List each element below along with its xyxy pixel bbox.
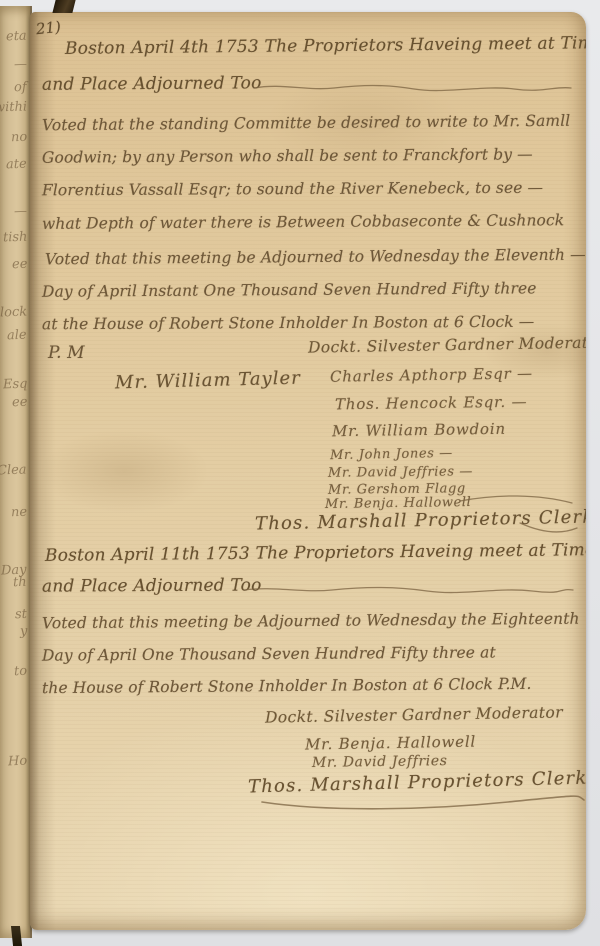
gutter-fragment: withi xyxy=(0,100,27,114)
gutter-fragment: ale xyxy=(7,329,27,343)
entry2-vote-line3: the House of Robert Stone Inholder In Bo… xyxy=(42,677,532,697)
entry2-heading-line2: and Place Adjourned Too xyxy=(42,577,262,595)
manuscript-page: 21) Boston April 4th 1753 The Proprietor… xyxy=(30,12,586,930)
entry1-heading-line2: and Place Adjourned Too xyxy=(42,75,262,94)
flourish-clerk-underline xyxy=(258,794,586,814)
entry1-vote1-line3: Florentius Vassall Esqr; to sound the Ri… xyxy=(42,181,543,199)
gutter-fragment: th xyxy=(13,576,27,589)
gutter-fragment: lock xyxy=(0,306,27,320)
entry2-moderator-signature: Dockt. Silvester Gardner Moderator xyxy=(265,705,563,726)
gutter-fragment: no xyxy=(11,131,28,145)
entry1-vote2-line1: Voted that this meeting be Adjourned to … xyxy=(45,248,586,268)
entry1-vote1-line1: Voted that the standing Committe be desi… xyxy=(42,114,570,134)
entry1-vote2-line3: at the House of Robert Stone Inholder In… xyxy=(42,315,534,333)
entry1-vote2-line2: Day of April Instant One Thousand Seven … xyxy=(42,281,537,300)
manuscript-scan: eta — of withi no ate — tish ee lock ale… xyxy=(0,0,600,946)
gutter-fragment: to xyxy=(14,665,28,678)
page-number: 21) xyxy=(35,20,61,38)
entry1-attendee: Thos. Hencock Esqr. — xyxy=(335,395,528,413)
entry2-attendee: Mr. David Jeffries xyxy=(312,754,448,770)
facing-page-edge: eta — of withi no ate — tish ee lock ale… xyxy=(0,6,32,938)
gutter-fragment: — xyxy=(14,205,27,218)
gutter-fragment: Esq xyxy=(2,378,27,392)
entry2-attendee: Mr. Benja. Hallowell xyxy=(305,735,476,753)
gutter-fragment: eta xyxy=(6,30,27,44)
entry2-vote-line2: Day of April One Thousand Seven Hundred … xyxy=(42,645,496,664)
entry1-vote1-line4: what Depth of water there is Between Cob… xyxy=(42,213,564,232)
flourish-rule xyxy=(242,582,576,596)
binding-tab-top xyxy=(52,0,75,13)
entry1-attendee: Charles Apthorp Esqr — xyxy=(330,366,533,385)
gutter-fragment: ne xyxy=(11,506,28,520)
gutter-fragment: st xyxy=(15,608,27,621)
entry1-vote2-pm: P. M xyxy=(48,345,85,362)
gutter-fragment: — xyxy=(14,58,27,71)
flourish-rule xyxy=(252,80,574,94)
entry1-attendee: Mr. David Jeffries — xyxy=(328,465,473,480)
gutter-fragment: ee xyxy=(11,258,27,272)
entry2-vote-line1: Voted that this meeting be Adjourned to … xyxy=(42,612,580,632)
entry1-moderator-signature: Dockt. Silvester Gardner Moderator xyxy=(308,335,586,356)
entry1-left-attendee: Mr. William Tayler xyxy=(115,370,301,393)
gutter-fragment: ate xyxy=(6,158,27,172)
gutter-fragment: Ho xyxy=(8,755,28,769)
entry1-clerk-signature: Thos. Marshall Proprietors Clerk xyxy=(255,508,586,533)
entry2-clerk-signature: Thos. Marshall Proprietors Clerk xyxy=(248,770,586,797)
flourish-tail xyxy=(458,492,576,508)
entry1-attendee: Mr. William Bowdoin xyxy=(332,422,506,439)
gutter-fragment: tish xyxy=(2,231,27,245)
gutter-fragment: Clea xyxy=(0,463,27,477)
gutter-fragment: ee xyxy=(11,396,27,410)
gutter-fragment: y xyxy=(19,625,27,638)
entry1-heading-line1: Boston April 4th 1753 The Proprietors Ha… xyxy=(65,35,586,58)
gutter-fragment: of xyxy=(14,81,27,94)
entry1-attendee: Mr. John Jones — xyxy=(330,447,453,462)
entry1-vote1-line2: Goodwin; by any Person who shall be sent… xyxy=(42,147,533,166)
entry2-heading-line1: Boston April 11th 1753 The Proprietors H… xyxy=(45,542,586,565)
